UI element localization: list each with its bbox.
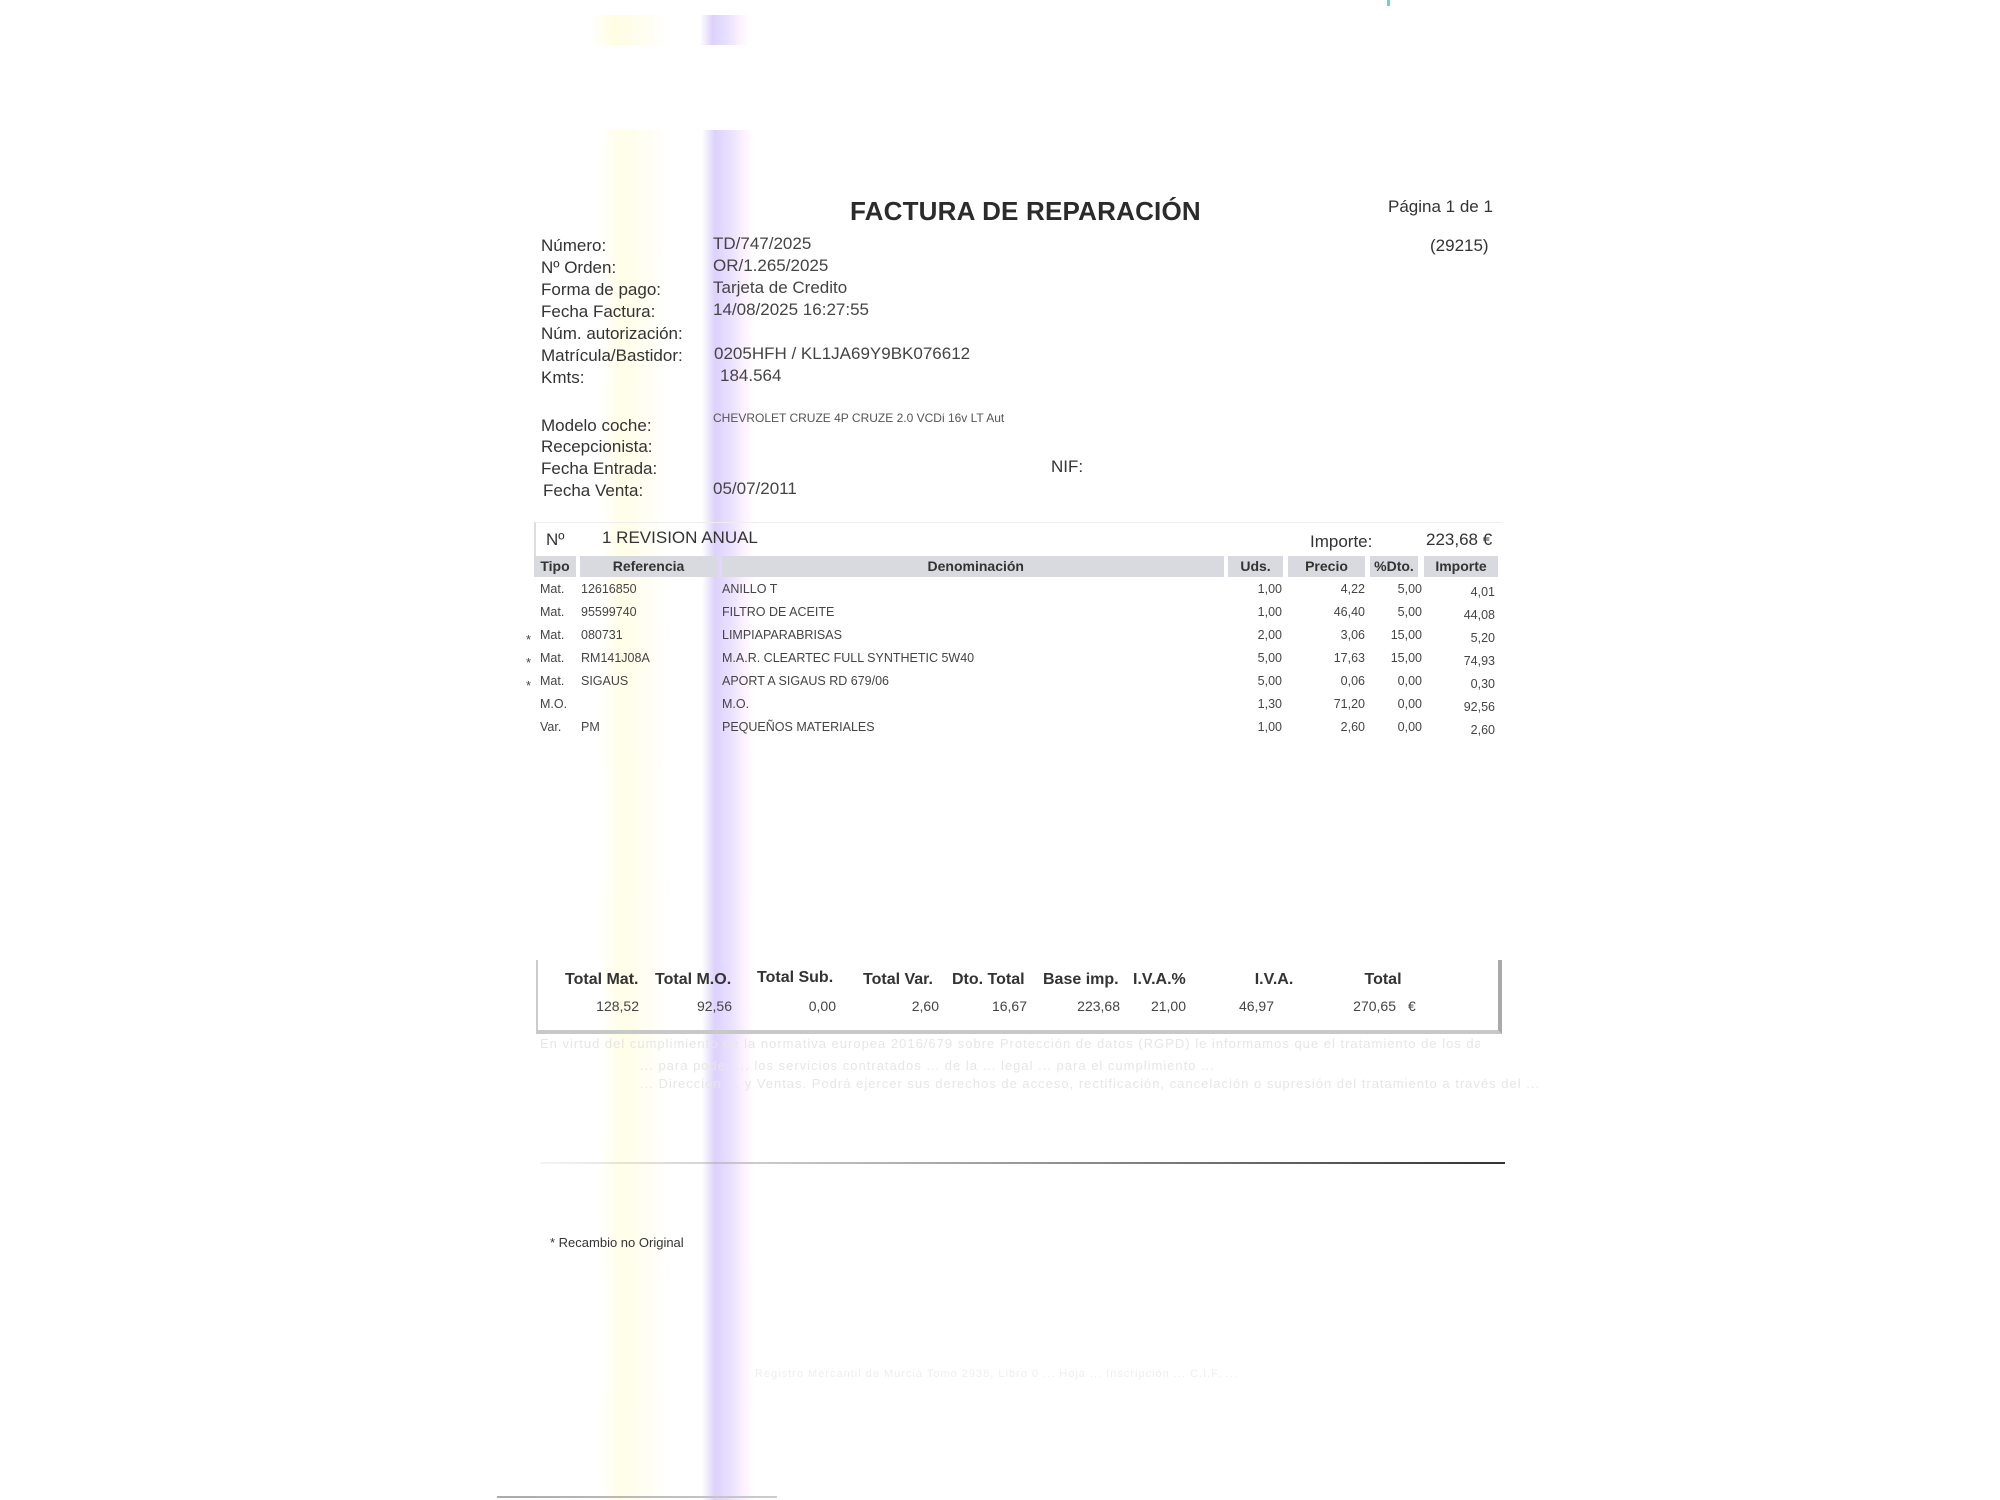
cell-dto: 5,00	[1398, 582, 1422, 596]
field-label: Fecha Entrada:	[541, 459, 657, 479]
cell-denominacion: M.O.	[722, 697, 749, 711]
col-header-uds: Uds.	[1228, 556, 1283, 577]
iva-value: 46,97	[1239, 998, 1274, 1014]
cell-denominacion: APORT A SIGAUS RD 679/06	[722, 674, 889, 688]
cell-importe: 2,60	[1471, 723, 1495, 737]
section-name: 1 REVISION ANUAL	[602, 528, 758, 548]
cell-precio: 71,20	[1334, 697, 1365, 711]
section-number-label: Nº	[546, 530, 565, 550]
field-label: Matrícula/Bastidor:	[541, 346, 683, 366]
cell-precio: 3,06	[1341, 628, 1365, 642]
cell-importe: 44,08	[1464, 608, 1495, 622]
field-label: Recepcionista:	[541, 437, 653, 457]
base-imp-label: Base imp.	[1043, 971, 1119, 989]
page-indicator: Página 1 de 1	[1388, 197, 1493, 217]
registry-line: Registro Mercantil de Murcia Tomo 2938, …	[755, 1368, 1238, 1380]
table-row: Mat.95599740FILTRO DE ACEITE1,0046,405,0…	[0, 605, 2000, 627]
cell-importe: 74,93	[1464, 654, 1495, 668]
cell-referencia: PM	[581, 720, 600, 734]
cell-importe: 4,01	[1471, 585, 1495, 599]
col-header-denominacion: Denominación	[722, 556, 1224, 577]
col-header-precio: Precio	[1288, 556, 1365, 577]
field-label: Forma de pago:	[541, 280, 661, 300]
cell-importe: 92,56	[1464, 700, 1495, 714]
col-header-dto: %Dto.	[1370, 556, 1418, 577]
field-label: Núm. autorización:	[541, 324, 683, 344]
dto-total-label: Dto. Total	[952, 971, 1025, 989]
cell-tipo: M.O.	[540, 697, 567, 711]
cell-uds: 1,00	[1258, 720, 1282, 734]
cell-uds: 1,00	[1258, 582, 1282, 596]
table-row: *Mat.SIGAUSAPORT A SIGAUS RD 679/065,000…	[0, 674, 2000, 696]
field-label: Nº Orden:	[541, 258, 616, 278]
nif-label: NIF:	[1051, 457, 1083, 477]
field-value: CHEVROLET CRUZE 4P CRUZE 2.0 VCDi 16v LT…	[713, 411, 1004, 425]
field-value: 0205HFH / KL1JA69Y9BK076612	[714, 344, 970, 364]
iva-pct-value: 21,00	[1151, 998, 1186, 1014]
cell-dto: 15,00	[1391, 651, 1422, 665]
cell-denominacion: ANILLO T	[722, 582, 777, 596]
field-label: Fecha Factura:	[541, 302, 655, 322]
cell-dto: 5,00	[1398, 605, 1422, 619]
cell-precio: 17,63	[1334, 651, 1365, 665]
cell-tipo: Mat.	[540, 651, 564, 665]
cell-precio: 2,60	[1341, 720, 1365, 734]
total-var-value: 2,60	[912, 998, 939, 1014]
non-original-mark: *	[526, 632, 531, 647]
field-value: 05/07/2011	[713, 479, 797, 499]
footnote: * Recambio no Original	[550, 1235, 684, 1250]
field-value: OR/1.265/2025	[713, 256, 828, 276]
cell-precio: 0,06	[1341, 674, 1365, 688]
cell-uds: 5,00	[1258, 651, 1282, 665]
cell-uds: 5,00	[1258, 674, 1282, 688]
scan-streak	[702, 130, 754, 1500]
cell-uds: 1,00	[1258, 605, 1282, 619]
currency-symbol: €	[1408, 998, 1416, 1014]
table-row: *Mat.RM141J08AM.A.R. CLEARTEC FULL SYNTH…	[0, 651, 2000, 673]
total-var-label: Total Var.	[863, 971, 933, 989]
cell-dto: 0,00	[1398, 674, 1422, 688]
col-header-importe: Importe	[1424, 556, 1498, 577]
cell-referencia: RM141J08A	[581, 651, 650, 665]
total-label: Total	[1343, 971, 1423, 989]
iva-label: I.V.A.	[1234, 971, 1314, 989]
total-mat-value: 128,52	[596, 998, 639, 1014]
cell-denominacion: M.A.R. CLEARTEC FULL SYNTHETIC 5W40	[722, 651, 974, 665]
privacy-notice-line: En virtud del cumplimiento de la normati…	[540, 1036, 1480, 1051]
cell-denominacion: FILTRO DE ACEITE	[722, 605, 834, 619]
cell-uds: 1,30	[1258, 697, 1282, 711]
bottom-edge-line	[497, 1496, 777, 1498]
cell-tipo: Mat.	[540, 674, 564, 688]
scan-streak	[700, 15, 750, 45]
document-title: FACTURA DE REPARACIÓN	[850, 196, 1201, 227]
cell-tipo: Mat.	[540, 628, 564, 642]
base-imp-value: 223,68	[1077, 998, 1120, 1014]
cell-referencia: 12616850	[581, 582, 637, 596]
total-mo-label: Total M.O.	[655, 971, 731, 989]
cell-tipo: Mat.	[540, 582, 564, 596]
non-original-mark: *	[526, 678, 531, 693]
cell-importe: 5,20	[1471, 631, 1495, 645]
col-header-referencia: Referencia	[580, 556, 717, 577]
cell-tipo: Var.	[540, 720, 561, 734]
cell-dto: 15,00	[1391, 628, 1422, 642]
table-row: Mat.12616850ANILLO T1,004,225,004,01	[0, 582, 2000, 604]
scan-speck	[1387, 0, 1390, 6]
cell-precio: 4,22	[1341, 582, 1365, 596]
field-label: Modelo coche:	[541, 416, 652, 436]
total-sub-value: 0,00	[809, 998, 836, 1014]
section-importe-label: Importe:	[1310, 532, 1372, 552]
total-mat-label: Total Mat.	[565, 971, 638, 989]
table-row: M.O.M.O.1,3071,200,0092,56	[0, 697, 2000, 719]
dto-total-value: 16,67	[992, 998, 1027, 1014]
separator-line	[540, 1162, 1505, 1164]
field-label: Fecha Venta:	[543, 481, 643, 501]
cell-dto: 0,00	[1398, 697, 1422, 711]
cell-dto: 0,00	[1398, 720, 1422, 734]
field-value: TD/747/2025	[713, 234, 811, 254]
cell-importe: 0,30	[1471, 677, 1495, 691]
field-value: 184.564	[720, 366, 781, 386]
scan-streak	[590, 15, 670, 45]
cell-referencia: 95599740	[581, 605, 637, 619]
col-header-denominacion-label: Denominación	[928, 558, 1024, 574]
col-header-tipo: Tipo	[534, 556, 576, 577]
cell-denominacion: PEQUEÑOS MATERIALES	[722, 720, 875, 734]
cell-referencia: SIGAUS	[581, 674, 628, 688]
totals-box: Total Mat.128,52Total M.O.92,56Total Sub…	[536, 960, 1502, 1034]
cell-denominacion: LIMPIAPARABRISAS	[722, 628, 842, 642]
cell-tipo: Mat.	[540, 605, 564, 619]
table-row: Var.PMPEQUEÑOS MATERIALES1,002,600,002,6…	[0, 720, 2000, 742]
table-row: *Mat.080731LIMPIAPARABRISAS2,003,0615,00…	[0, 628, 2000, 650]
field-value: 14/08/2025 16:27:55	[713, 300, 869, 320]
iva-pct-label: I.V.A.%	[1133, 971, 1186, 989]
privacy-notice-line: ... Dirección ... y Ventas. Podrá ejerce…	[640, 1076, 1580, 1091]
total-mo-value: 92,56	[697, 998, 732, 1014]
field-label: Kmts:	[541, 368, 584, 388]
privacy-notice-line: ... para poder ... los servicios contrat…	[640, 1058, 1580, 1073]
field-value: Tarjeta de Credito	[713, 278, 847, 298]
cell-referencia: 080731	[581, 628, 623, 642]
cell-uds: 2,00	[1258, 628, 1282, 642]
field-label: Número:	[541, 236, 606, 256]
total-value: 270,65	[1353, 998, 1396, 1014]
total-sub-label: Total Sub.	[757, 969, 833, 987]
non-original-mark: *	[526, 655, 531, 670]
section-importe-value: 223,68 €	[1426, 530, 1492, 550]
document-code: (29215)	[1430, 236, 1489, 256]
cell-precio: 46,40	[1334, 605, 1365, 619]
